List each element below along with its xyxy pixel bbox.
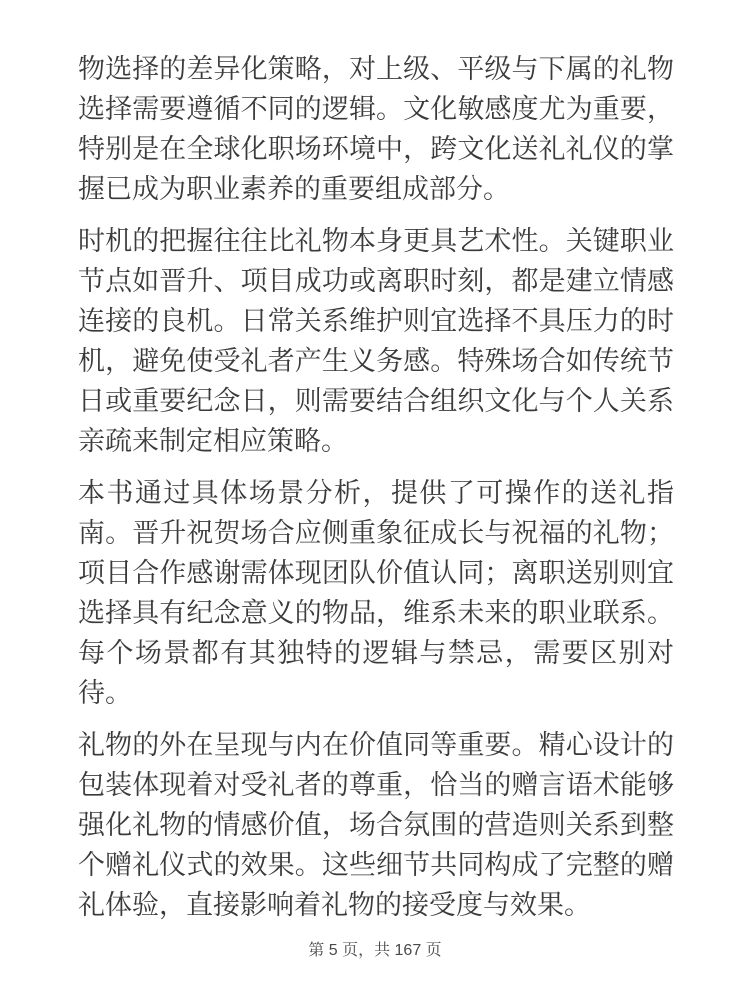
paragraph: 本书通过具体场景分析，提供了可操作的送礼指南。晋升祝贺场合应侧重象征成长与祝福的… [78,473,674,713]
page-number-indicator: 第 5 页，共 167 页 [0,941,750,961]
paragraph: 礼物的外在呈现与内在价值同等重要。精心设计的包装体现着对受礼者的尊重，恰当的赠言… [78,725,674,925]
page-content: 物选择的差异化策略，对上级、平级与下属的礼物选择需要遵循不同的逻辑。文化敏感度尤… [78,49,674,937]
paragraph: 时机的把握往往比礼物本身更具艺术性。关键职业节点如晋升、项目成功或离职时刻，都是… [78,221,674,461]
document-page: 物选择的差异化策略，对上级、平级与下属的礼物选择需要遵循不同的逻辑。文化敏感度尤… [0,0,750,1000]
paragraph: 物选择的差异化策略，对上级、平级与下属的礼物选择需要遵循不同的逻辑。文化敏感度尤… [78,49,674,209]
